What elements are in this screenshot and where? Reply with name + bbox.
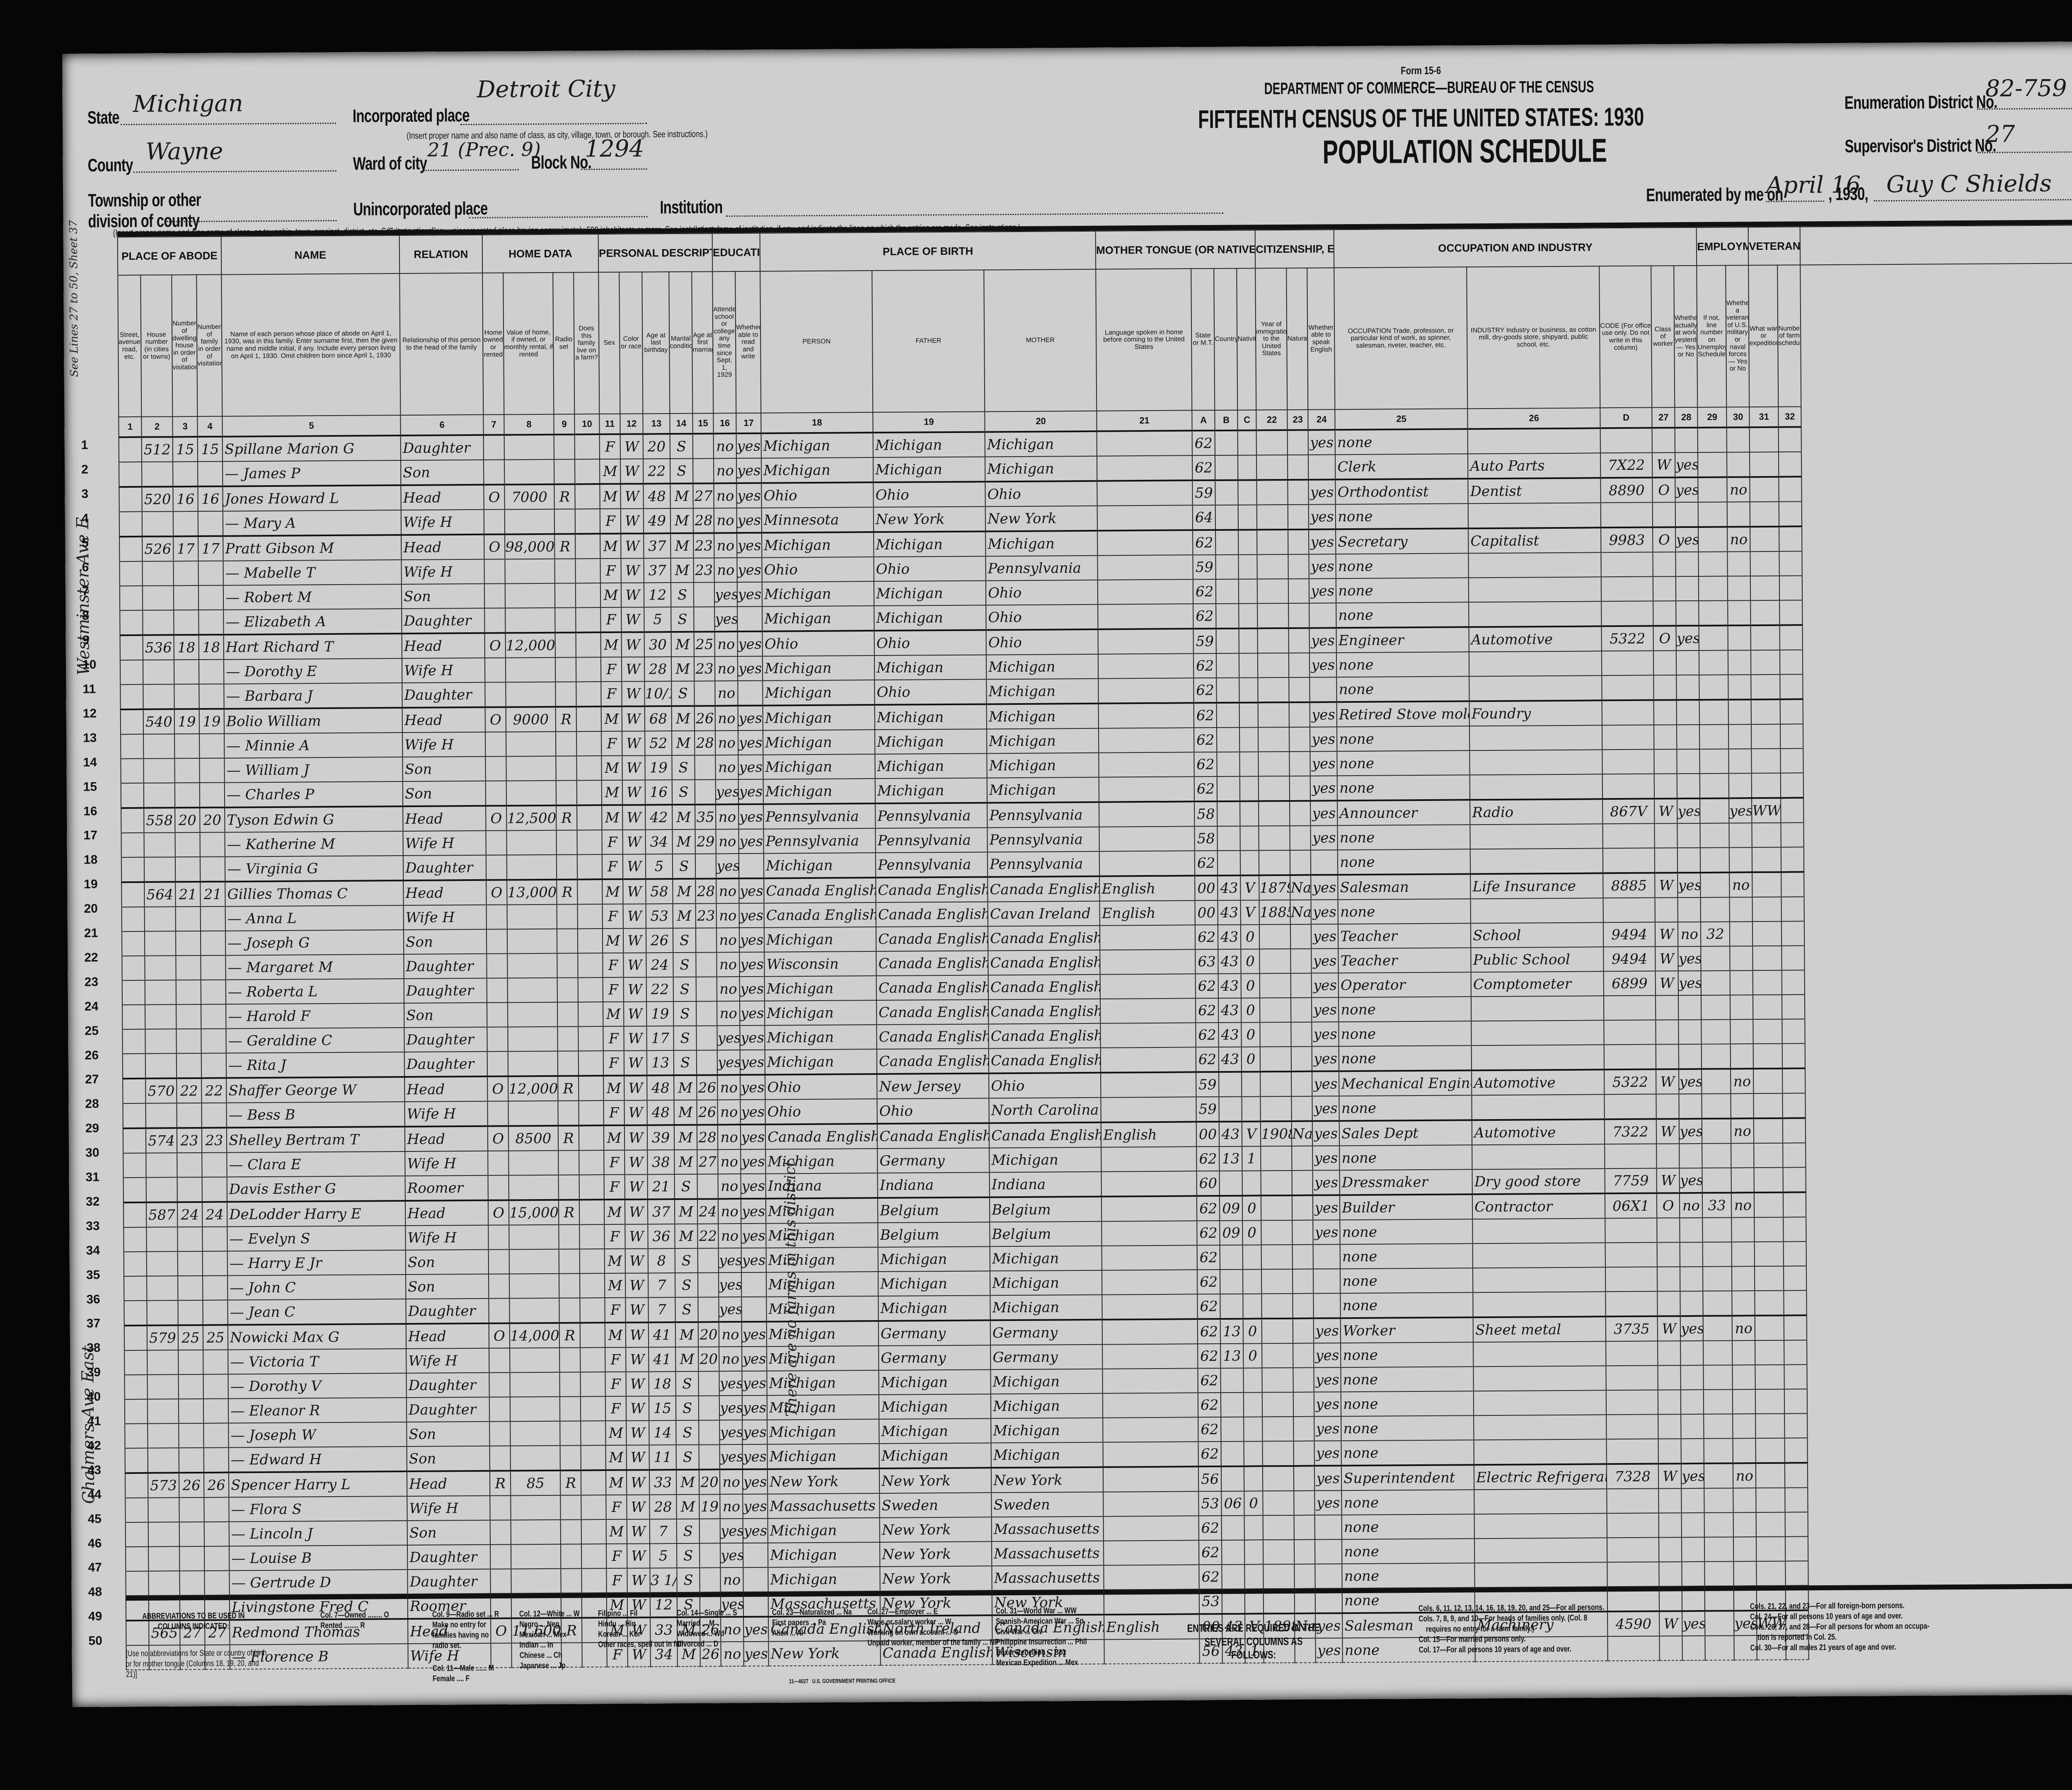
- cell-work: no: [1678, 922, 1701, 946]
- cell-school: no: [715, 731, 738, 755]
- line-number: 32: [86, 1195, 100, 1209]
- cell-marital: S: [673, 1026, 696, 1050]
- cell-lang: [1101, 1047, 1196, 1072]
- cell-read: [741, 1297, 766, 1322]
- cell-occupation: Mechanical Engineer: [1339, 1070, 1472, 1096]
- column-heading: Number of farm schedule: [1777, 265, 1801, 406]
- cell-owned: [488, 1151, 508, 1175]
- cell-cls: [1658, 1341, 1680, 1365]
- cell-owned: [484, 583, 505, 608]
- cell-C: [1240, 850, 1259, 875]
- cell-value: 13,000: [507, 880, 557, 905]
- cell-C: [1244, 1564, 1263, 1589]
- cell-sex: F: [603, 904, 623, 929]
- line-number: 16: [83, 804, 97, 818]
- cell-lang: [1101, 1147, 1196, 1171]
- cell-dwelling: 15: [173, 437, 198, 462]
- cell-marital: M: [672, 805, 695, 830]
- cell-unemp: [1701, 970, 1730, 995]
- cell-school: no: [718, 1174, 741, 1199]
- cell-industry: [1475, 1562, 1607, 1587]
- cell-bp-mother: Michigan: [990, 1295, 1102, 1321]
- cell-school: no: [716, 829, 739, 854]
- cell-A: 56: [1198, 1466, 1221, 1491]
- cell-age-marr: 22: [697, 1224, 718, 1248]
- cell-natur: [1290, 826, 1311, 850]
- cell-sex: M: [605, 1273, 625, 1298]
- cell-value: [511, 1520, 561, 1545]
- line-number: 40: [87, 1390, 101, 1404]
- cell-farm: [581, 1544, 606, 1568]
- cell-value: [511, 1495, 560, 1520]
- cell-read: yes: [740, 1075, 765, 1100]
- cell-relation: Daughter: [404, 978, 487, 1003]
- cell-dwelling: 22: [177, 1078, 201, 1103]
- cell-house: 558: [144, 808, 175, 832]
- cell-cls: W: [1656, 1119, 1679, 1144]
- cell-school: no: [714, 483, 736, 508]
- cell-street: [120, 586, 143, 610]
- cell-house: [144, 832, 175, 857]
- cell-unemp: [1704, 1488, 1733, 1512]
- cell-industry: [1473, 1243, 1605, 1268]
- cell-house: [144, 783, 175, 808]
- cell-C: [1244, 1392, 1262, 1417]
- cell-lang: [1101, 1072, 1196, 1097]
- cell-vet: no: [1731, 1069, 1753, 1093]
- cell-war: [1752, 773, 1781, 798]
- cell-sex: M: [602, 879, 623, 904]
- cell-sex: M: [601, 632, 622, 657]
- column-number: 8: [504, 414, 554, 435]
- cell-bp-mother: Sweden: [991, 1492, 1103, 1517]
- cell-immig: [1262, 1392, 1293, 1417]
- cell-vet: [1733, 1512, 1756, 1537]
- cell-age: 37: [648, 1199, 675, 1224]
- cell-bp-person: Ohio: [762, 557, 874, 582]
- cell-farm-sched: [1782, 897, 1804, 921]
- cell-name: — Flora S: [229, 1496, 407, 1522]
- cell-bp-mother: Michigan: [991, 1369, 1103, 1394]
- cell-english: yes: [1314, 1343, 1341, 1367]
- cell-industry: [1468, 428, 1600, 454]
- cell-read: yes: [738, 804, 763, 829]
- cell-sex: F: [605, 1347, 626, 1372]
- cell-vet: no: [1733, 1463, 1756, 1488]
- cell-bp-father: Michigan: [873, 432, 985, 457]
- cell-B: [1220, 1245, 1243, 1270]
- cell-farm-sched: [1783, 1143, 1806, 1167]
- column-heading: PERSON: [760, 271, 873, 413]
- cell-read: [741, 1272, 766, 1297]
- cell-marital: M: [673, 904, 696, 928]
- cell-family: 23: [202, 1128, 227, 1153]
- cell-occupation: none: [1339, 1145, 1472, 1170]
- cell-value: [504, 435, 554, 460]
- cell-industry: Sheet metal: [1473, 1316, 1606, 1342]
- cell-read: yes: [740, 977, 765, 1001]
- cell-A: 62: [1198, 1319, 1220, 1344]
- cell-street: [122, 956, 145, 980]
- cell-age-marr: [697, 1050, 717, 1075]
- cell-street: [123, 1103, 145, 1128]
- cell-value: 98,000: [505, 534, 554, 559]
- cell-street: [125, 1399, 148, 1424]
- cell-race: W: [626, 1420, 649, 1445]
- cell-bp-father: Canada English: [877, 1048, 989, 1074]
- cell-cls: [1658, 1414, 1681, 1439]
- cell-name: Gillies Thomas C: [225, 880, 403, 907]
- cell-industry: School: [1471, 922, 1603, 948]
- cell-natur: [1291, 973, 1312, 998]
- cell-cls: W: [1657, 1168, 1680, 1193]
- cell-farm: [580, 1249, 605, 1273]
- cell-work: [1677, 774, 1700, 798]
- cell-relation: Head: [401, 485, 484, 510]
- cell-A: 62: [1198, 1344, 1220, 1368]
- cell-marital: S: [675, 1273, 698, 1297]
- cell-street: [124, 1326, 147, 1350]
- column-heading: FATHER: [872, 270, 985, 412]
- cell-code: 9494: [1603, 922, 1655, 947]
- column-number: 13: [643, 414, 670, 434]
- cell-owned: O: [484, 484, 504, 509]
- cell-bp-person: Ohio: [761, 482, 873, 508]
- cell-bp-mother: Canada English: [988, 1023, 1100, 1049]
- column-heading: Marital condition: [669, 272, 692, 414]
- cell-lang: [1101, 1171, 1197, 1196]
- cell-name: — Joseph G: [225, 930, 404, 955]
- cell-school: yes: [719, 1272, 741, 1297]
- cell-B: [1215, 530, 1238, 555]
- cell-dwelling: [176, 955, 201, 980]
- cell-relation: Daughter: [401, 435, 484, 460]
- cell-school: no: [714, 533, 737, 558]
- cell-immig: [1257, 505, 1288, 530]
- cell-name: Shelley Bertram T: [227, 1127, 405, 1153]
- cell-farm: [577, 805, 602, 830]
- cell-race: W: [623, 830, 646, 854]
- cell-family: 18: [199, 635, 224, 660]
- cell-bp-person: Michigan: [767, 1444, 879, 1469]
- cell-war: [1750, 502, 1779, 527]
- cell-B: [1215, 480, 1238, 505]
- cell-vet: [1728, 625, 1751, 650]
- cell-farm-sched: [1783, 1192, 1806, 1217]
- schedule-body: 5121515Spillane Marion GDaughterFW20Snoy…: [119, 423, 2072, 1670]
- cell-bp-person: Michigan: [765, 1025, 876, 1050]
- cell-code: 5322: [1602, 626, 1653, 651]
- cell-occupation: none: [1338, 825, 1470, 850]
- cell-race: W: [626, 1372, 649, 1396]
- cell-immig: [1262, 1294, 1293, 1318]
- cell-street: [121, 833, 144, 857]
- cell-bp-father: New York: [880, 1517, 992, 1542]
- cell-age-marr: 28: [695, 731, 715, 755]
- cell-immig: [1263, 1515, 1294, 1540]
- cell-farm-sched: [1779, 600, 1802, 625]
- cell-value: 12,500: [506, 805, 556, 831]
- cell-farm-sched: [1784, 1241, 1806, 1266]
- abbrev-col9: Col. 9—Radio set ... R Make no entry for…: [432, 1609, 499, 1651]
- cell-house: [145, 955, 176, 980]
- cell-immig: [1259, 752, 1290, 776]
- column-heading: Country: [1214, 268, 1237, 410]
- cell-school: no: [715, 755, 738, 779]
- cell-immig: [1260, 973, 1291, 998]
- cell-english: yes: [1310, 653, 1336, 677]
- cell-immig: [1260, 1022, 1291, 1047]
- cell-industry: Radio: [1470, 799, 1602, 825]
- cell-bp-person: Wisconsin: [764, 951, 876, 977]
- cell-street: [120, 610, 143, 635]
- cell-B: 09: [1220, 1196, 1242, 1221]
- cell-vet: [1728, 675, 1751, 699]
- cell-dwelling: [175, 783, 200, 808]
- abbrev-col27: Col. 27—Employer ... E Wage or salary wo…: [867, 1606, 999, 1648]
- cell-street: [123, 1128, 146, 1153]
- cell-A: 62: [1193, 604, 1216, 629]
- line-number: 38: [87, 1341, 101, 1355]
- cell-dwelling: 26: [179, 1473, 204, 1497]
- cell-sex: M: [601, 756, 622, 780]
- cell-value: [509, 1274, 559, 1299]
- cell-occupation: none: [1339, 997, 1471, 1022]
- cell-radio: [555, 657, 576, 682]
- cell-marital: M: [675, 1224, 697, 1248]
- cell-race: W: [625, 1174, 648, 1199]
- cell-family: [199, 758, 224, 783]
- cell-cls: [1653, 576, 1676, 601]
- cell-street: [121, 857, 144, 882]
- cell-immig: [1263, 1564, 1294, 1589]
- cell-natur: [1293, 1318, 1314, 1343]
- line-number: 13: [83, 731, 97, 745]
- cell-value: [511, 1569, 561, 1594]
- cell-B: [1216, 579, 1239, 604]
- line-number: 7: [82, 585, 89, 599]
- cell-school: no: [714, 458, 736, 483]
- column-heading: Whether actually at work yesterday — Yes…: [1674, 266, 1697, 407]
- cell-radio: [558, 1051, 579, 1076]
- column-heading: INDUSTRY Industry or business, as cotton…: [1467, 266, 1600, 409]
- cell-occupation: none: [1340, 1268, 1473, 1293]
- cell-occupation: Operator: [1339, 972, 1471, 997]
- column-heading: Value of home, if owned, or monthly rent…: [503, 273, 554, 415]
- cell-work: [1676, 601, 1699, 626]
- cell-age-marr: [699, 1396, 719, 1420]
- cell-C: [1239, 677, 1258, 702]
- cell-english: yes: [1311, 875, 1338, 900]
- cell-work: [1680, 1267, 1703, 1291]
- cell-cls: O: [1657, 1193, 1680, 1218]
- cell-C: [1240, 776, 1259, 801]
- cell-work: [1682, 1513, 1704, 1537]
- cell-age-marr: 26: [697, 1075, 717, 1100]
- column-number: 11: [599, 414, 620, 434]
- cell-marital: M: [674, 1150, 697, 1174]
- cell-cls: [1657, 1218, 1680, 1242]
- cell-name: — Virginia G: [225, 856, 403, 882]
- cell-english: yes: [1312, 1071, 1339, 1096]
- abbrev-col31: Col. 31—World War ... WW Spanish-America…: [996, 1606, 1087, 1668]
- cell-radio: R: [558, 1076, 579, 1101]
- cell-family: [202, 1227, 227, 1251]
- cell-relation: Head: [402, 707, 485, 733]
- cell-street: [125, 1424, 148, 1448]
- cell-race: W: [622, 706, 645, 731]
- cell-marital: S: [675, 1297, 698, 1322]
- cell-industry: [1468, 503, 1601, 528]
- cell-sex: M: [600, 459, 620, 484]
- column-group-header: OCCUPATION AND INDUSTRY: [1334, 227, 1697, 268]
- line-number: 9: [82, 634, 90, 648]
- cell-value: 14,000: [510, 1323, 559, 1348]
- cell-war: [1753, 1069, 1782, 1093]
- cell-read: [737, 607, 762, 631]
- cell-immig: [1259, 924, 1290, 949]
- cell-age: 16: [645, 780, 672, 805]
- cell-immig: [1258, 727, 1289, 752]
- cell-family: [201, 1029, 226, 1053]
- cell-relation: Son: [406, 1274, 489, 1299]
- cell-natur: [1293, 1269, 1313, 1294]
- cell-farm-sched: [1783, 1093, 1806, 1118]
- line-number: 30: [85, 1146, 99, 1160]
- cell-marital: M: [676, 1470, 699, 1495]
- cell-dwelling: [177, 1227, 202, 1251]
- line-number: 39: [87, 1366, 101, 1380]
- cell-school: no: [715, 631, 738, 656]
- cell-C: [1242, 1072, 1260, 1096]
- cell-farm: [576, 657, 601, 682]
- cell-code: [1604, 1045, 1656, 1070]
- cell-bp-mother: Germany: [990, 1320, 1102, 1345]
- cell-marital: S: [671, 583, 694, 607]
- cell-read: yes: [740, 1001, 765, 1026]
- cell-work: yes: [1675, 452, 1698, 477]
- cell-dwelling: [179, 1522, 204, 1546]
- cell-house: 536: [143, 635, 174, 660]
- cell-natur: [1290, 801, 1310, 826]
- cell-cls: W: [1656, 971, 1678, 995]
- cell-relation: Head: [404, 1076, 487, 1102]
- cell-english: yes: [1313, 1220, 1340, 1244]
- cell-bp-person: Canada English: [765, 1124, 877, 1149]
- cell-school: yes: [719, 1297, 741, 1322]
- cell-code: [1605, 1267, 1657, 1292]
- cell-code: 9983: [1601, 527, 1653, 553]
- cell-work: [1677, 848, 1700, 873]
- cell-owned: [489, 1249, 509, 1274]
- cell-bp-father: Canada English: [877, 1123, 989, 1149]
- cell-C: [1238, 455, 1256, 480]
- cell-marital: M: [670, 484, 693, 508]
- cell-race: W: [621, 533, 644, 558]
- cell-family: [204, 1522, 229, 1546]
- cell-cls: W: [1652, 452, 1675, 477]
- cell-race: W: [624, 1075, 647, 1100]
- cell-family: [201, 980, 226, 1004]
- cell-sex: F: [604, 1175, 625, 1200]
- cell-bp-person: Michigan: [768, 1518, 880, 1543]
- cell-immig: [1263, 1491, 1294, 1515]
- cell-marital: M: [671, 657, 694, 681]
- cell-age-marr: [696, 952, 716, 977]
- cell-english: yes: [1309, 554, 1336, 578]
- cell-street: [124, 1375, 147, 1399]
- cell-radio: [557, 854, 577, 879]
- cell-relation: Head: [403, 806, 486, 831]
- cell-family: [199, 734, 224, 758]
- cell-natur: [1293, 1392, 1314, 1417]
- cell-marital: M: [675, 1199, 697, 1224]
- cell-industry: Comptometer: [1471, 971, 1604, 997]
- cell-cls: [1659, 1562, 1682, 1586]
- cell-war: [1752, 946, 1782, 970]
- cell-cls: W: [1655, 873, 1677, 897]
- cell-war: [1753, 1044, 1782, 1069]
- cell-relation: Head: [402, 633, 485, 658]
- cell-relation: Daughter: [403, 855, 486, 880]
- cell-school: yes: [714, 582, 737, 607]
- cell-unemp: [1698, 452, 1727, 477]
- cell-C: [1239, 752, 1258, 776]
- cell-C: [1240, 826, 1259, 850]
- cell-age: 38: [647, 1150, 674, 1174]
- abbrev-col7: Col. 7—Owned ........ O Rented ........ …: [320, 1610, 389, 1631]
- cell-dwelling: [178, 1350, 203, 1374]
- cell-B: [1221, 1393, 1244, 1417]
- cell-code: [1602, 750, 1654, 774]
- cell-work: [1677, 823, 1700, 848]
- cell-age-marr: 27: [693, 483, 714, 508]
- cell-owned: [490, 1495, 511, 1520]
- cell-age-marr: [699, 1444, 720, 1469]
- cell-lang: [1099, 776, 1194, 802]
- column-number: 6: [400, 415, 483, 435]
- cell-name: — Anna L: [225, 905, 404, 931]
- cell-occupation: Engineer: [1336, 627, 1469, 653]
- cell-owned: [484, 509, 505, 534]
- cell-immig: [1257, 554, 1288, 579]
- cell-radio: [560, 1495, 581, 1519]
- cell-farm-sched: [1784, 1413, 1807, 1438]
- cell-bp-father: Canada English: [876, 999, 988, 1025]
- cell-read: yes: [737, 508, 762, 533]
- line-number: 29: [85, 1122, 99, 1136]
- cell-name: — William J: [224, 757, 402, 783]
- cell-lang: [1102, 1270, 1197, 1294]
- cell-vet: [1731, 1044, 1753, 1069]
- cell-code: [1607, 1439, 1658, 1464]
- cell-street: [119, 537, 142, 561]
- cell-race: W: [620, 434, 643, 459]
- cell-age: 37: [644, 558, 671, 583]
- column-number: 12: [620, 414, 643, 434]
- cell-street: [119, 512, 142, 537]
- cell-age-marr: 20: [698, 1322, 719, 1347]
- cell-age-marr: [695, 854, 716, 878]
- cell-code: [1606, 1341, 1658, 1366]
- cell-C: 0: [1243, 1318, 1262, 1343]
- cell-dwelling: [174, 610, 198, 635]
- block-value: 1294: [585, 135, 644, 162]
- cell-age: 13: [647, 1050, 674, 1075]
- cell-house: [146, 1227, 177, 1251]
- cell-unemp: [1700, 823, 1729, 847]
- cell-family: 26: [204, 1473, 229, 1497]
